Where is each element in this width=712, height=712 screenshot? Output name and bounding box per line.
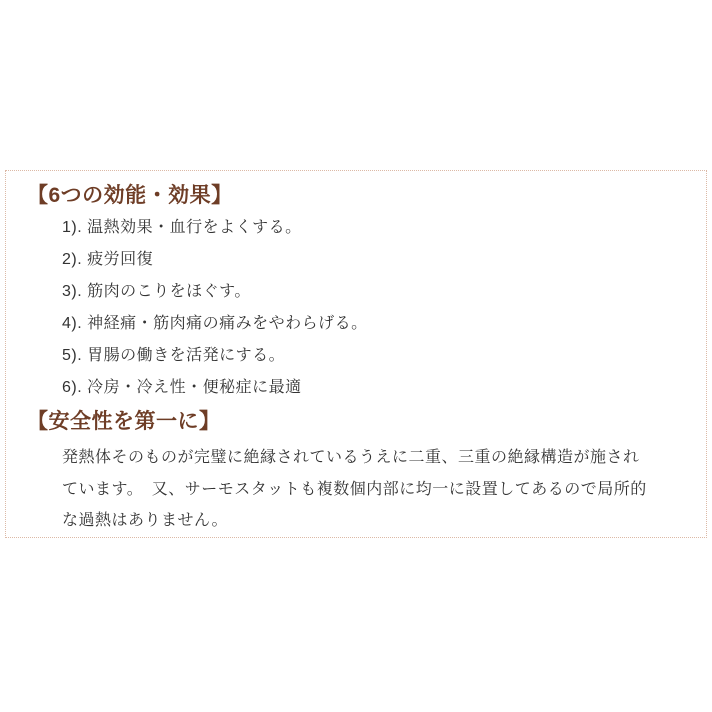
safety-paragraph-line-3: な過熱はありません。 <box>62 505 692 537</box>
effects-list-item-1: 1). 温熱効果・血行をよくする。 <box>62 217 692 239</box>
effects-list-item-5: 5). 胃腸の働きを活発にする。 <box>62 345 692 367</box>
product-info-panel: 【6つの効能・効果】 1). 温熱効果・血行をよくする。 2). 疲労回復 3)… <box>5 170 707 538</box>
safety-paragraph-line-1: 発熱体そのものが完璧に絶縁されているうえに二重、三重の絶縁構造が施され <box>62 442 692 474</box>
effects-list-item-4: 4). 神経痛・筋肉痛の痛みをやわらげる。 <box>62 313 692 335</box>
effects-list-item-2: 2). 疲労回復 <box>62 249 692 271</box>
safety-paragraph: 発熱体そのものが完璧に絶縁されているうえに二重、三重の絶縁構造が施され ています… <box>62 442 692 537</box>
safety-paragraph-line-2: ています。 又、サーモスタットも複数個内部に均一に設置してあるので局所的 <box>62 474 692 506</box>
effects-list: 1). 温熱効果・血行をよくする。 2). 疲労回復 3). 筋肉のこりをほぐす… <box>27 217 692 399</box>
effects-list-item-3: 3). 筋肉のこりをほぐす。 <box>62 281 692 303</box>
effects-list-item-6: 6). 冷房・冷え性・便秘症に最適 <box>62 377 692 399</box>
section-heading-effects: 【6つの効能・効果】 <box>27 183 692 209</box>
section-heading-safety: 【安全性を第一に】 <box>27 409 692 435</box>
